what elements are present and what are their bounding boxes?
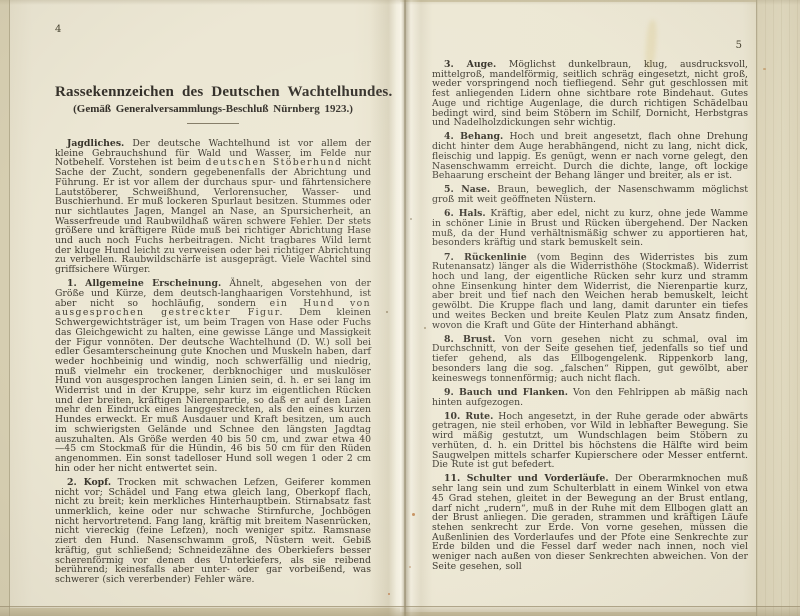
page-edge-right bbox=[756, 0, 800, 616]
paragraph-segment: Möglichst dunkelbraun, klug, ausdrucksvo… bbox=[432, 59, 748, 128]
book-scan: 4 Rassekennzeichen des Deutschen Wachtel… bbox=[0, 0, 800, 616]
paragraph: 10. Rute. Hoch angesetzt, in der Ruhe ge… bbox=[432, 412, 748, 470]
chapter-heading: Rassekennzeichen des Deutschen Wachtelhu… bbox=[55, 84, 371, 124]
page-edge-bottom bbox=[0, 606, 800, 616]
paragraph: 1. Allgemeine Erscheinung. Ähnelt, abges… bbox=[55, 279, 371, 473]
chapter-title: Rassekennzeichen des Deutschen Wachtelhu… bbox=[55, 84, 371, 101]
paragraph: 7. Rückenlinie (vom Beginn des Widerrist… bbox=[432, 253, 748, 331]
paragraph: 8. Brust. Von vorn gesehen nicht zu schm… bbox=[432, 335, 748, 384]
paragraph: Jagdliches. Der deutsche Wachtelhund ist… bbox=[55, 139, 371, 275]
paragraph-segment: Trocken mit schwachen Lefzen, Geiferer k… bbox=[55, 477, 371, 585]
page-number-left: 4 bbox=[55, 24, 371, 36]
paragraph-segment: Dem kleinen Schwergewichtsträger ist, um… bbox=[55, 307, 371, 473]
paragraph-segment: (vom Beginn des Widerristes bis zum Rute… bbox=[432, 252, 748, 331]
paragraph: 6. Hals. Kräftig, aber edel, nicht zu ku… bbox=[432, 209, 748, 248]
paragraph: 11. Schulter und Vorderläufe. Der Oberar… bbox=[432, 474, 748, 571]
page-right: 5 3. Auge. Möglichst dunkelbraun, klug, … bbox=[432, 40, 748, 576]
paragraph: 5. Nase. Braun, beweglich, der Nasenschw… bbox=[432, 185, 748, 204]
paragraph-segment: Hoch angesetzt, in der Ruhe gerade oder … bbox=[432, 411, 748, 471]
left-page-body: Jagdliches. Der deutsche Wachtelhund ist… bbox=[55, 139, 371, 585]
paragraph-segment: nicht Sache der Zucht, sondern gegebenen… bbox=[55, 157, 371, 275]
right-page-body: 3. Auge. Möglichst dunkelbraun, klug, au… bbox=[432, 60, 748, 571]
paragraph-segment: Der Oberarmknochen muß sehr lang sein un… bbox=[432, 473, 748, 571]
paragraph: 9. Bauch und Flanken. Von den Fehlrippen… bbox=[432, 388, 748, 407]
page-number-right: 5 bbox=[432, 40, 748, 52]
paragraph: 3. Auge. Möglichst dunkelbraun, klug, au… bbox=[432, 60, 748, 128]
divider-rule bbox=[187, 123, 239, 124]
page-left: 4 Rassekennzeichen des Deutschen Wachtel… bbox=[55, 24, 371, 589]
chapter-subtitle: (Gemäß Generalversammlungs-Beschluß Nürn… bbox=[55, 103, 371, 116]
paragraph: 4. Behang. Hoch und breit angesetzt, fla… bbox=[432, 132, 748, 181]
page-edge-top bbox=[0, 0, 800, 5]
paragraph: 2. Kopf. Trocken mit schwachen Lefzen, G… bbox=[55, 478, 371, 585]
page-edge-left bbox=[0, 0, 10, 616]
